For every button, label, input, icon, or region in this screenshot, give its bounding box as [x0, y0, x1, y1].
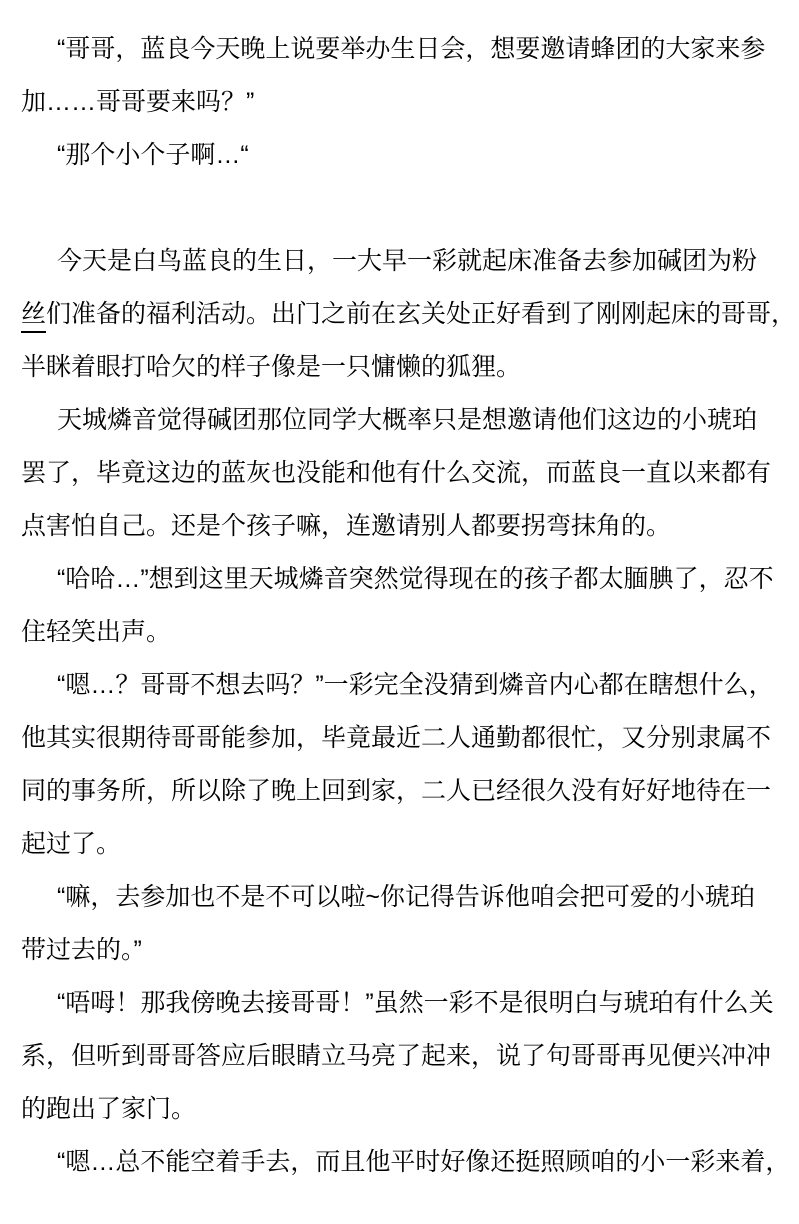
text-line: 同的事务所，所以除了晚上回到家，二人已经很久没有好好地待在一 — [21, 765, 769, 818]
text-line: “嘛，去参加也不是不可以啦~你记得告诉他咱会把可爱的小琥珀 — [21, 871, 769, 924]
text-line: 加……哥哥要来吗？” — [21, 76, 769, 129]
text-line: “哈哈…”想到这里天城燐音突然觉得现在的孩子都太腼腆了，忍不 — [21, 553, 769, 606]
text-line: 的跑出了家门。 — [21, 1083, 769, 1136]
text-line: 丝们准备的福利活动。出门之前在玄关处正好看到了刚刚起床的哥哥， — [21, 288, 769, 341]
text-line: “唔呣！那我傍晚去接哥哥！”虽然一彩不是很明白与琥珀有什么关 — [21, 977, 769, 1030]
text-line: 今天是白鸟蓝良的生日，一大早一彩就起床准备去参加碱团为粉 — [21, 235, 769, 288]
text-line: “嗯…？哥哥不想去吗？”一彩完全没猜到燐音内心都在瞎想什么， — [21, 659, 769, 712]
text-line: 点害怕自己。还是个孩子嘛，连邀请别人都要拐弯抹角的。 — [21, 500, 769, 553]
text-line: 起过了。 — [21, 818, 769, 871]
text-line: “那个小个子啊…“ — [21, 129, 769, 182]
document-page: “哥哥，蓝良今天晚上说要举办生日会，想要邀请蜂团的大家来参 加……哥哥要来吗？”… — [0, 0, 799, 1224]
text-line: 系，但听到哥哥答应后眼睛立马亮了起来，说了句哥哥再见便兴冲冲 — [21, 1030, 769, 1083]
text-line: “哥哥，蓝良今天晚上说要举办生日会，想要邀请蜂团的大家来参 — [21, 23, 769, 76]
text-line: 罢了，毕竟这边的蓝灰也没能和他有什么交流，而蓝良一直以来都有 — [21, 447, 769, 500]
spellcheck-underline — [21, 331, 46, 333]
text-line: 半眯着眼打哈欠的样子像是一只慵懒的狐狸。 — [21, 341, 769, 394]
text-line: “嗯…总不能空着手去，而且他平时好像还挺照顾咱的小一彩来着， — [21, 1136, 769, 1189]
text-line: 带过去的。” — [21, 924, 769, 977]
text-line: 天城燐音觉得碱团那位同学大概率只是想邀请他们这边的小琥珀 — [21, 394, 769, 447]
blank-line — [21, 182, 769, 235]
text-line: 住轻笑出声。 — [21, 606, 769, 659]
text-line: 他其实很期待哥哥能参加，毕竟最近二人通勤都很忙，又分别隶属不 — [21, 712, 769, 765]
